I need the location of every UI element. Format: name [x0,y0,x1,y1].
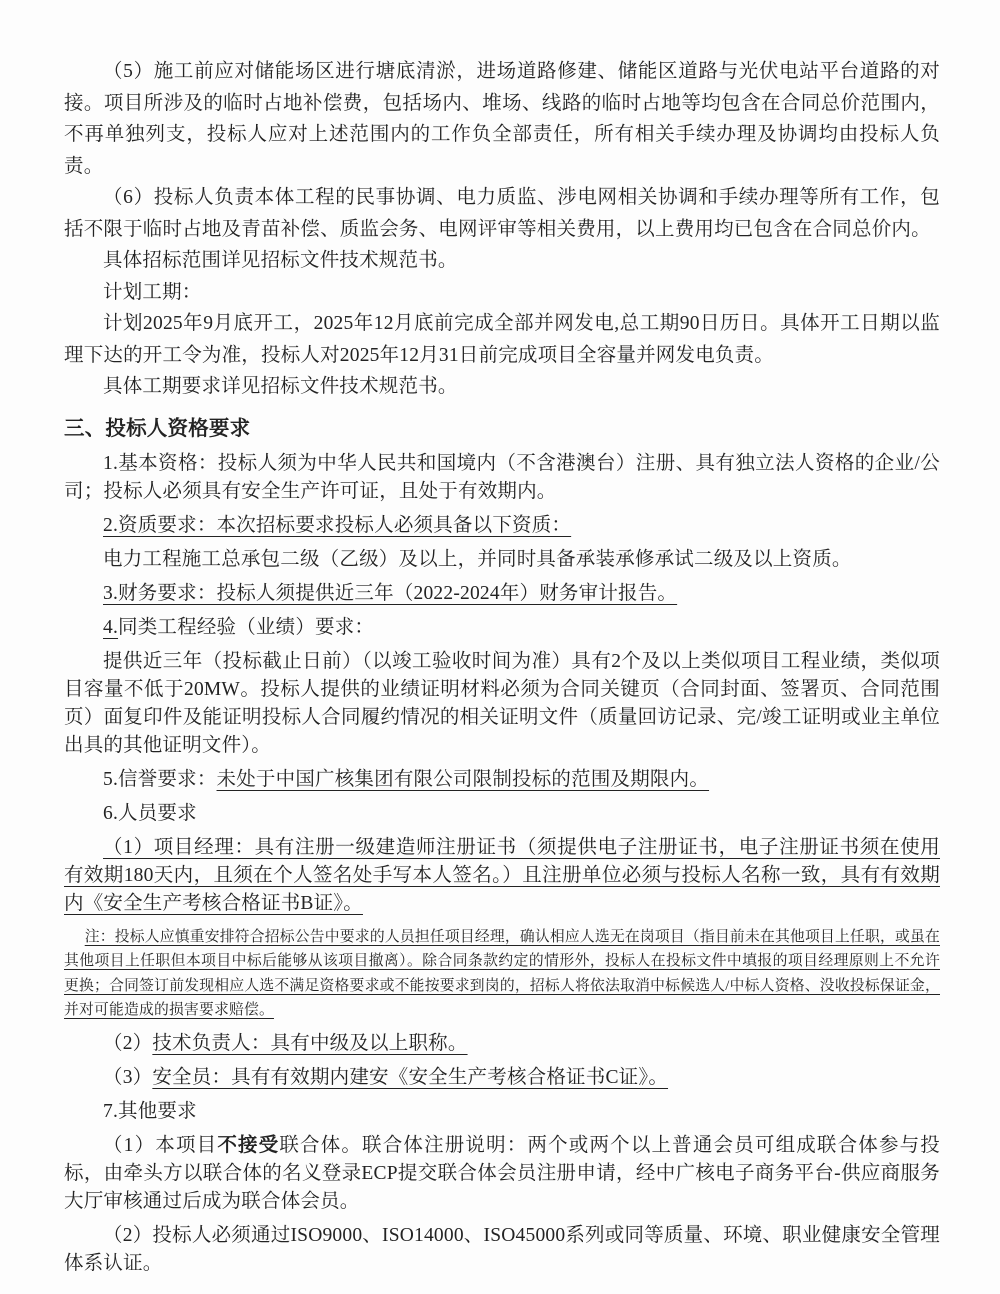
para-scope-item-5: （5）施工前应对储能场区进行塘底清淤，进场道路修建、储能区道路与光伏电站平台道路… [64,56,940,182]
text-run: 不接受 [217,1135,279,1156]
text-run: 7.其他要求 [103,1101,197,1122]
para-schedule-reference: 具体工期要求详见招标文件技术规范书。 [64,371,940,403]
text-run: （2）投标人必须通过ISO9000、ISO14000、ISO45000系列或同等… [64,1225,940,1274]
text-run: 计划2025年9月底开工，2025年12月底前完成全部并网发电,总工期90日历日… [64,313,940,366]
para-safety-officer-requirement: （3）安全员：具有有效期内建安《安全生产考核合格证书C证》。 [64,1064,940,1092]
text-run: 安全员：具有有效期内建安《安全生产考核合格证书C证》。 [152,1067,668,1088]
text-run: 三、投标人资格要求 [64,418,250,440]
text-run: 3.财务要求：投标人须提供近三年（2022-2024年）财务审计报告。 [103,583,677,604]
item-1-basic-qualification: 1.基本资格：投标人须为中华人民共和国境内（不含港澳台）注册、具有独立法人资格的… [64,450,940,506]
item-5-reputation-requirement: 5.信誉要求：未处于中国广核集团有限公司限制投标的范围及期限内。 [64,766,940,794]
para-schedule-detail: 计划2025年9月底开工，2025年12月底前完成全部并网发电,总工期90日历日… [64,308,940,371]
document-body: （5）施工前应对储能场区进行塘底清淤，进场道路修建、储能区道路与光伏电站平台道路… [64,56,940,1278]
item-7-other-requirement: 7.其他要求 [64,1098,940,1126]
item-4-experience-requirement: 4.同类工程经验（业绩）要求： [64,614,940,642]
para-technical-lead-requirement: （2）技术负责人：具有中级及以上职称。 [64,1030,940,1058]
para-consortium-rule: （1）本项目不接受联合体。联合体注册说明：两个或两个以上普通会员可组成联合体参与… [64,1132,940,1216]
text-run: 同类工程经验（业绩）要求： [118,617,374,638]
item-6-personnel-requirement: 6.人员要求 [64,800,940,828]
text-run: 未处于中国广核集团有限公司限制投标的范围及期限内。 [217,769,710,790]
item-3-financial-requirement: 3.财务要求：投标人须提供近三年（2022-2024年）财务审计报告。 [64,580,940,608]
text-run: 6.人员要求 [103,803,197,824]
text-run: 2.资质要求：本次招标要求投标人必须具备以下资质： [103,515,571,536]
text-run: （5）施工前应对储能场区进行塘底清淤，进场道路修建、储能区道路与光伏电站平台道路… [64,61,940,177]
text-run: 5.信誉要求： [103,769,217,790]
text-run: 电力工程施工总承包二级（乙级）及以上，并同时具备承装承修承试二级及以上资质。 [103,549,852,570]
para-scope-item-6: （6）投标人负责本体工程的民事协调、电力质监、涉电网相关协调和手续办理等所有工作… [64,182,940,245]
para-scope-reference: 具体招标范围详见招标文件技术规范书。 [64,245,940,277]
para-experience-detail: 提供近三年（投标截止日前）（以竣工验收时间为准）具有2个及以上类似项目工程业绩，… [64,648,940,760]
text-run: 4. [103,617,118,638]
text-run: 注：投标人应慎重安排符合招标公告中要求的人员担任项目经理，确认相应人选无在岗项目… [64,929,940,1019]
para-iso-certification-rule: （2）投标人必须通过ISO9000、ISO14000、ISO45000系列或同等… [64,1222,940,1278]
text-run: （1）项目经理：具有注册一级建造师注册证书（须提供电子注册证书，电子注册证书须在… [64,837,940,914]
text-run: （2） [103,1033,152,1054]
text-run: （6）投标人负责本体工程的民事协调、电力质监、涉电网相关协调和手续办理等所有工作… [64,187,940,240]
text-run: 具体工期要求详见招标文件技术规范书。 [103,376,458,397]
text-run: 1.基本资格：投标人须为中华人民共和国境内（不含港澳台）注册、具有独立法人资格的… [64,453,940,502]
text-run: 提供近三年（投标截止日前）（以竣工验收时间为准）具有2个及以上类似项目工程业绩，… [64,651,940,756]
heading-section-3-bidder-qualification: 三、投标人资格要求 [64,414,940,444]
text-run: （1）本项目 [103,1135,217,1156]
item-2-credential-requirement: 2.资质要求：本次招标要求投标人必须具备以下资质： [64,512,940,540]
para-credential-detail: 电力工程施工总承包二级（乙级）及以上，并同时具备承装承修承试二级及以上资质。 [64,546,940,574]
para-project-manager-requirement: （1）项目经理：具有注册一级建造师注册证书（须提供电子注册证书，电子注册证书须在… [64,834,940,918]
text-run: 技术负责人：具有中级及以上职称。 [152,1033,467,1054]
text-run: （3） [103,1067,152,1088]
para-project-manager-note: 注：投标人应慎重安排符合招标公告中要求的人员担任项目经理，确认相应人选无在岗项目… [64,925,940,1023]
para-schedule-title: 计划工期： [64,277,940,309]
text-run: 具体招标范围详见招标文件技术规范书。 [103,250,458,271]
document-page: （5）施工前应对储能场区进行塘底清淤，进场道路修建、储能区道路与光伏电站平台道路… [0,0,1000,1294]
text-run: 计划工期： [103,282,202,303]
